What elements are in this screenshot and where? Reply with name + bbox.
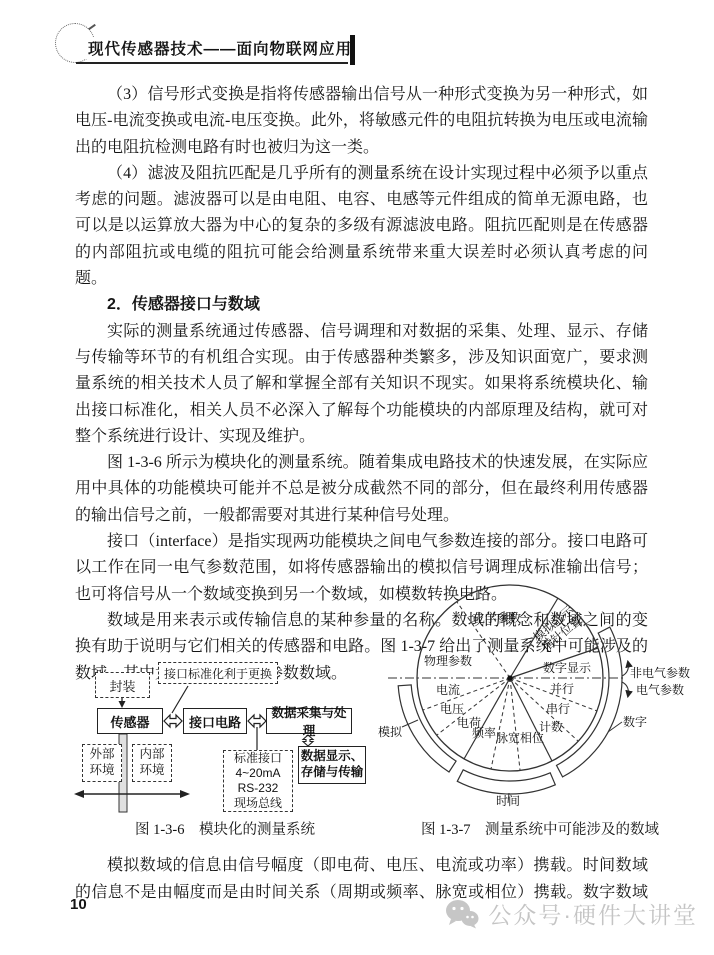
book-title: 现代传感器技术——面向物联网应用 (84, 37, 356, 59)
data-display-box: 数据显示、 存储与传输 (298, 746, 366, 784)
outer-environment-box: 外部 环境 (82, 744, 122, 782)
sector-parallel-label: 并行 (550, 682, 574, 696)
watermark: 公众号·硬件大讲堂 (445, 897, 698, 930)
header-vertical-bar (350, 35, 355, 65)
sector-serial-label: 串行 (546, 701, 570, 716)
figure-1-3-7-caption: 图 1-3-7 测量系统中可能涉及的数域 (390, 818, 690, 839)
package-box: 封装 (95, 672, 150, 698)
inner-environment-box: 内部 环境 (132, 744, 172, 782)
wechat-icon (445, 899, 479, 929)
paragraph-fig136-intro: 图 1-3-6 所示为模块化的测量系统。随着集成电路技术的快速发展，在实际应用中… (75, 450, 648, 529)
sector-charge-label: 电荷 (457, 715, 481, 730)
analog-arc-band (398, 685, 456, 772)
time-arc-band (457, 770, 555, 794)
sector-physical-label: 物理参数 (424, 653, 472, 668)
paragraph-measure-system: 实际的测量系统通过传感器、信号调理和对数据的采集、处理、显示、存储与传输等环节的… (75, 319, 648, 450)
watermark-text: 公众号·硬件大讲堂 (488, 897, 698, 930)
paragraph-filter-impedance: （4）滤波及阻抗匹配是几乎所有的测量系统在设计实现过程中必须予以重点考虑的问题。… (75, 161, 648, 292)
sector-pulse-width-label: 脉宽 (496, 731, 520, 745)
book-page: 现代传感器技术——面向物联网应用 （3）信号形式变换是指将传感器输出信号从一种形… (0, 0, 714, 955)
section-heading: 2．传感器接口与数域 (75, 292, 648, 318)
digital-group-label: 数字 (623, 714, 647, 729)
figure-1-3-6: 封装 接口标准化利于更换 传感器 接口电路 数据采集与处理 外部 环境 内部 环… (70, 642, 380, 820)
sector-current-label: 电流 (436, 682, 460, 697)
non-electrical-arrow (622, 662, 628, 676)
sector-phase-label: 相位 (520, 730, 544, 745)
paragraph-signal-form: （3）信号形式变换是指将传感器输出信号从一种形式变换为另一种形式，如电压-电流变… (75, 82, 648, 161)
page-number: 10 (70, 896, 87, 913)
time-group-label: 时间 (496, 793, 520, 808)
interface-circuit-box: 接口电路 (183, 708, 247, 734)
figure-1-3-7: 化学参数 物理参数 模拟显示 指针位置 数字显示 并行 串行 计数 相位 脉宽 … (372, 572, 712, 817)
sector-chemical-label: 化学参数 (473, 610, 521, 625)
sector-digital-display-label: 数字显示 (543, 660, 592, 675)
circle-center-dot (507, 675, 512, 680)
header-underline (76, 62, 348, 64)
data-acquisition-box: 数据采集与处理 (266, 708, 352, 734)
figure-1-3-6-caption: 图 1-3-6 模块化的测量系统 (70, 818, 380, 839)
sensor-box: 传感器 (97, 708, 163, 734)
header-tick-decoration (88, 24, 96, 30)
standard-interface-box: 标准接口 4~20mA RS-232 现场总线 (223, 750, 293, 812)
interface-standardization-note: 接口标准化利于更换 (158, 662, 278, 684)
analog-group-label: 模拟 (378, 724, 403, 739)
non-electrical-label: 非电气参数 (630, 665, 690, 680)
electrical-arrow (622, 682, 628, 696)
sector-voltage-label: 电压 (440, 701, 464, 716)
electrical-label: 电气参数 (636, 682, 684, 697)
sector-analog-display-label: 模拟显示 指针位置 (530, 601, 586, 654)
